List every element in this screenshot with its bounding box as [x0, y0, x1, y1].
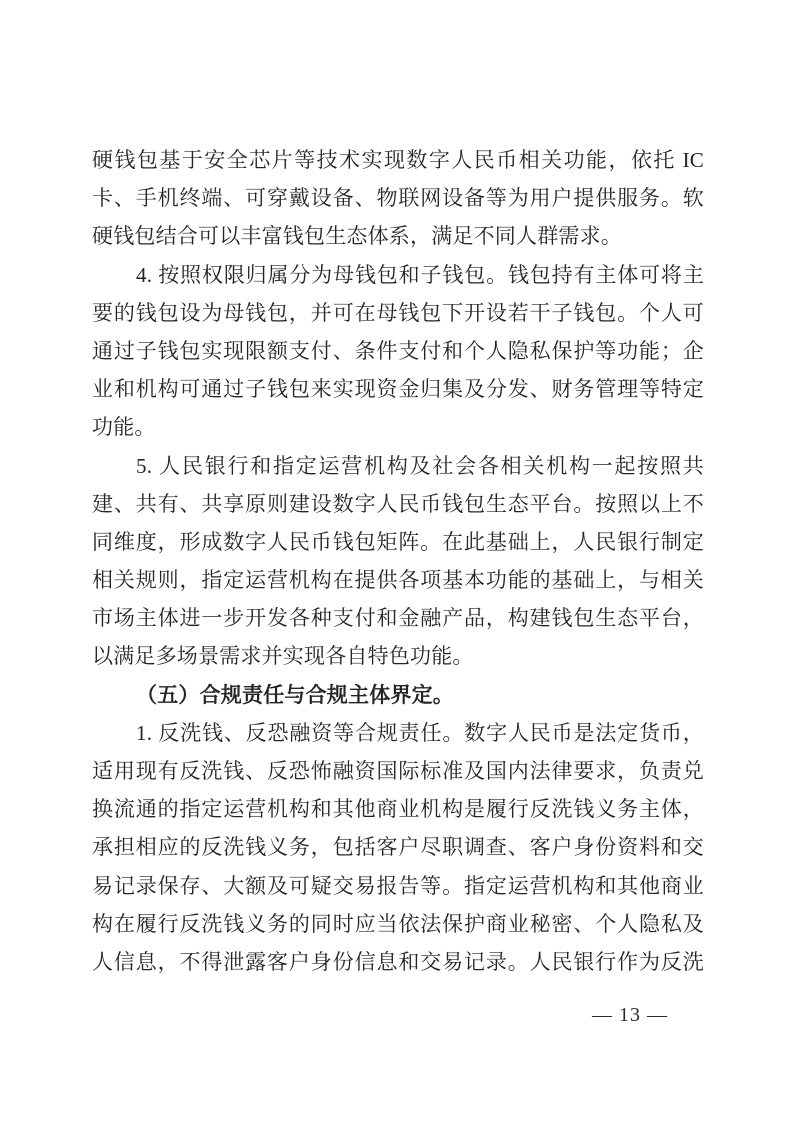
- body-line: 换流通的指定运营机构和其他商业机构是履行反洗钱义务主体，: [92, 790, 704, 828]
- body-line: 通过子钱包实现限额支付、条件支付和个人隐私保护等功能；企: [92, 332, 704, 370]
- body-text-block: 硬钱包基于安全芯片等技术实现数字人民币相关功能，依托 IC 卡、手机终端、可穿戴…: [92, 141, 704, 981]
- body-line: 承担相应的反洗钱义务，包括客户尽职调查、客户身份资料和交: [92, 828, 704, 866]
- body-line: 以满足多场景需求并实现各自特色功能。: [92, 637, 704, 675]
- body-line: 业和机构可通过子钱包来实现资金归集及分发、财务管理等特定: [92, 370, 704, 408]
- page-number: — 13 —: [592, 1004, 668, 1027]
- body-line: 建、共有、共享原则建设数字人民币钱包生态平台。按照以上不: [92, 485, 704, 523]
- document-page: 硬钱包基于安全芯片等技术实现数字人民币相关功能，依托 IC 卡、手机终端、可穿戴…: [0, 0, 794, 1123]
- body-line: 适用现有反洗钱、反恐怖融资国际标准及国内法律要求，负责兑: [92, 752, 704, 790]
- body-line: 人信息，不得泄露客户身份信息和交易记录。人民银行作为反洗钱: [92, 943, 704, 981]
- section-heading-line: （五）合规责任与合规主体界定。: [92, 676, 704, 714]
- body-line: 易记录保存、大额及可疑交易报告等。指定运营机构和其他商业机: [92, 867, 704, 905]
- body-line: 相关规则，指定运营机构在提供各项基本功能的基础上，与相关: [92, 561, 704, 599]
- body-line: 同维度，形成数字人民币钱包矩阵。在此基础上，人民银行制定: [92, 523, 704, 561]
- body-line: 硬钱包基于安全芯片等技术实现数字人民币相关功能，依托 IC: [92, 141, 704, 179]
- body-line: 4. 按照权限归属分为母钱包和子钱包。钱包持有主体可将主: [92, 256, 704, 294]
- body-line: 构在履行反洗钱义务的同时应当依法保护商业秘密、个人隐私及个: [92, 905, 704, 943]
- body-line: 功能。: [92, 408, 704, 446]
- body-line: 卡、手机终端、可穿戴设备、物联网设备等为用户提供服务。软: [92, 179, 704, 217]
- body-line: 硬钱包结合可以丰富钱包生态体系，满足不同人群需求。: [92, 217, 704, 255]
- body-line: 市场主体进一步开发各种支付和金融产品，构建钱包生态平台，: [92, 599, 704, 637]
- body-line: 1. 反洗钱、反恐融资等合规责任。数字人民币是法定货币，: [92, 714, 704, 752]
- body-line: 要的钱包设为母钱包，并可在母钱包下开设若干子钱包。个人可: [92, 294, 704, 332]
- body-line: 5. 人民银行和指定运营机构及社会各相关机构一起按照共: [92, 447, 704, 485]
